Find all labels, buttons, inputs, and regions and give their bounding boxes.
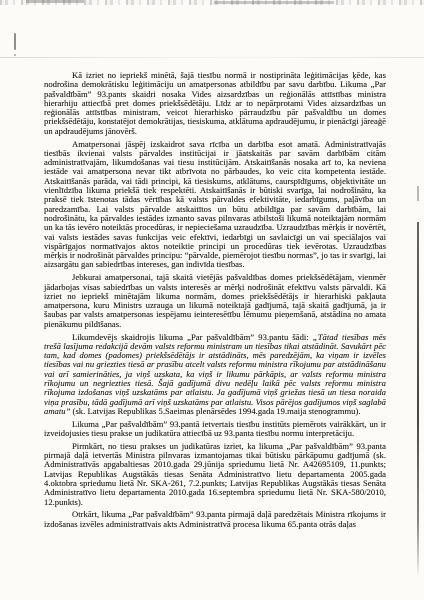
text-run: „Tātad tiesības mēs trešā lasījuma redak… (44, 332, 386, 416)
text-run: (sk. Latvijas Republikas 5.Saeimas plenā… (70, 406, 360, 416)
text-run: Likuma „Par pašvaldībām” 93.pantā ietver… (44, 419, 386, 438)
paragraph: Otrkārt, likuma „Par pašvaldībām” 93.pan… (44, 510, 386, 529)
scan-artifact-horizontal-line (0, 57, 424, 58)
paragraph: Likuma „Par pašvaldībām” 93.pantā ietver… (44, 420, 386, 439)
text-run: Pirmkārt, no tiesu prakses un judikatūra… (44, 441, 386, 507)
text-run: Kā izriet no iepriekš minētā, šajā tiesī… (44, 70, 386, 136)
scan-artifact-top-dash (214, 1, 334, 4)
paragraph: Jebkurai amatpersonai, tajā skaitā vietē… (44, 273, 386, 329)
paragraph: Pirmkārt, no tiesu prakses un judikatūra… (44, 442, 386, 507)
text-run: Amatpersonai jāspēj izskaidrot sava rīcī… (44, 139, 386, 270)
scan-artifact-right-edge-short (417, 186, 419, 201)
scan-artifact-left-mark (14, 33, 16, 50)
paragraph: Kā izriet no iepriekš minētā, šajā tiesī… (44, 71, 386, 136)
paragraph: Amatpersonai jāspēj izskaidrot sava rīcī… (44, 140, 386, 270)
scan-artifact-right-edge-line (417, 222, 419, 577)
paragraph: Likumdevējs skaidrojis likuma „Par pašva… (44, 333, 386, 417)
text-run: Otrkārt, likuma „Par pašvaldībām” 93.pan… (44, 509, 386, 528)
text-run: Jebkurai amatpersonai, tajā skaitā vietē… (44, 272, 386, 328)
document-body: Kā izriet no iepriekš minētā, šajā tiesī… (44, 71, 386, 532)
scanned-document-page: Kā izriet no iepriekš minētā, šajā tiesī… (0, 0, 424, 600)
scan-artifact-top-dash (26, 0, 84, 3)
scan-artifact-left-dot (14, 54, 16, 56)
